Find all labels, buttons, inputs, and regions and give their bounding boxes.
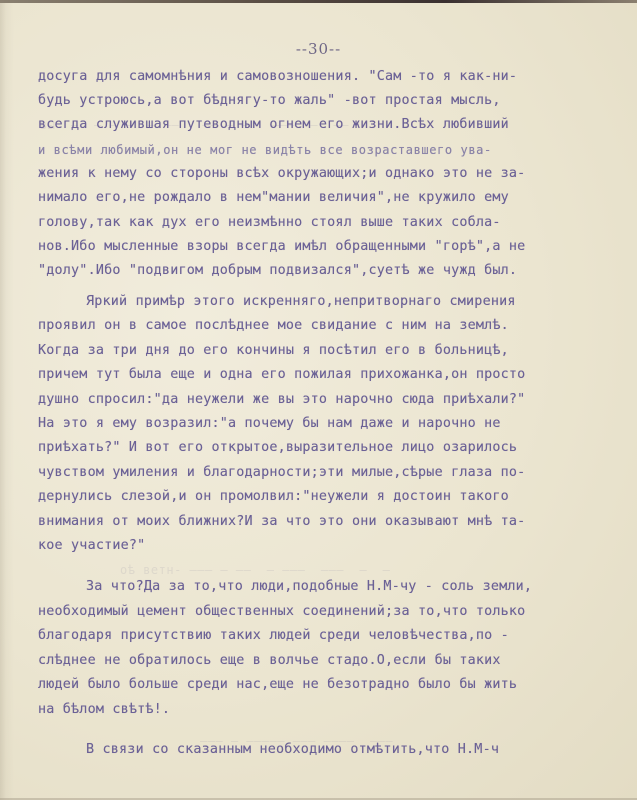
text-line: дернулись слезой,и он промолвил:"неужели… <box>38 488 509 506</box>
text-line: будь устроюсь,а вот бѣднягу-то жаль" -во… <box>38 92 501 110</box>
text-line: слѣднее не обратилось еще в волчье стадо… <box>38 652 501 670</box>
paragraph-start-line: За что?Да за то,что люди,подобные Н.М-чу… <box>86 578 532 596</box>
text-line: Когда за три дня до его кончины я посѣти… <box>38 342 509 360</box>
text-line: чувством умиления и благодарности;эти ми… <box>38 464 525 482</box>
paragraph-start-line: В связи со сказанным необходимо отмѣтить… <box>86 741 499 759</box>
text-line: "долу".Ибо "подвигом добрым подвизался",… <box>38 262 517 280</box>
text-line: приѣхать?" И вот его открытое,выразитель… <box>38 439 517 457</box>
text-line: нимало его,не рождало в нем"мании величи… <box>38 189 509 207</box>
text-line: На это я ему возразил:"а почему бы нам д… <box>38 415 501 433</box>
scanned-page: вы — — — — — —— —— — — ——— — —— оѣ ветн-… <box>0 0 637 800</box>
text-line: всегда служившая путеводным огнем его жи… <box>38 116 509 134</box>
text-line: на бѣлом свѣтѣ!. <box>38 701 170 719</box>
text-line: кое участие?" <box>38 537 145 555</box>
text-line: людей было больше среди нас,еще не безот… <box>38 676 517 694</box>
bleed-through-text: оѣ ветн- ——— — —— — ——— ——— — — <box>120 563 390 577</box>
text-line: душно спросил:"да неужели же вы это наро… <box>38 391 525 409</box>
text-line: внимания от моих ближних?И за что это он… <box>38 513 525 531</box>
text-line: голову,так как дух его неизмѣнно стоял в… <box>38 214 501 232</box>
text-line: необходимый цемент общественных соединен… <box>38 603 525 621</box>
text-line: проявил он в самое послѣднее мое свидани… <box>38 317 509 335</box>
text-line: причем тут была еще и одна его пожилая п… <box>38 366 525 384</box>
text-line: нов.Ибо мысленные взоры всегда имѣл обра… <box>38 238 525 256</box>
text-line: жения к нему со стороны всѣх окружающих;… <box>38 165 525 183</box>
page-number: --30-- <box>0 40 637 58</box>
page-top-edge <box>0 0 637 3</box>
text-line: и всѣми любимый,он не мог не видѣть все … <box>38 141 492 159</box>
text-line: досуга для самомнѣния и самовозношения. … <box>38 68 517 86</box>
text-line: благодаря присутствию таких людей среди … <box>38 627 509 645</box>
paragraph-start-line: Яркий примѣр этого искренняго,непритворн… <box>86 293 516 311</box>
